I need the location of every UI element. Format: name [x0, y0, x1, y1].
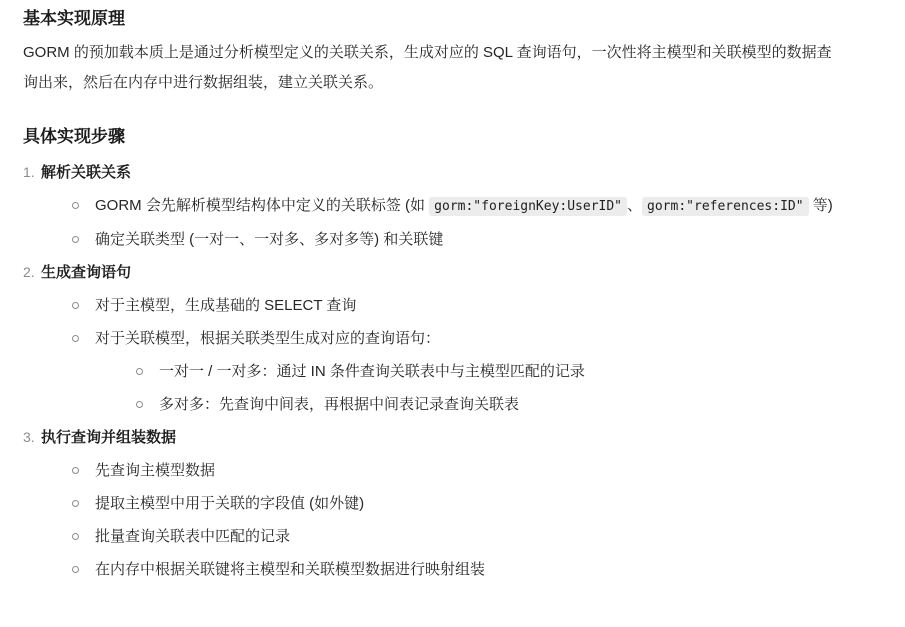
- step-item-3: 3. 执行查询并组装数据 先查询主模型数据 提取主模型中用于关联的字段值 (如外…: [23, 421, 835, 586]
- bullet-text: 多对多：先查询中间表，再根据中间表记录查询关联表: [159, 388, 835, 421]
- circle-bullet-icon: [72, 520, 95, 540]
- bullet-text-with-children: 对于关联模型，根据关联类型生成对应的查询语句： 一对一 / 一对多：通过 IN …: [95, 322, 835, 421]
- step-2-number: 2.: [23, 256, 41, 289]
- document-page: 基本实现原理 GORM 的预加载本质上是通过分析模型定义的关联关系，生成对应的 …: [0, 0, 905, 586]
- circle-bullet-icon: [136, 355, 159, 375]
- step-2-title: 生成查询语句: [41, 256, 835, 289]
- inline-code: gorm:"references:ID": [642, 197, 809, 216]
- bullet-text-segment: 、: [627, 197, 642, 214]
- step-3-bullet-list: 先查询主模型数据 提取主模型中用于关联的字段值 (如外键) 批量查询关联表中匹配…: [41, 454, 835, 586]
- bullet-text: 在内存中根据关联键将主模型和关联模型数据进行映射组装: [95, 553, 835, 586]
- step-1-body: 解析关联关系 GORM 会先解析模型结构体中定义的关联标签 (如 gorm:"f…: [41, 156, 835, 256]
- step-2-body: 生成查询语句 对于主模型，生成基础的 SELECT 查询 对于关联模型，根据关联…: [41, 256, 835, 421]
- step-1-bullet-list: GORM 会先解析模型结构体中定义的关联标签 (如 gorm:"foreignK…: [41, 189, 835, 256]
- step-3-title: 执行查询并组装数据: [41, 421, 835, 454]
- step-item-1: 1. 解析关联关系 GORM 会先解析模型结构体中定义的关联标签 (如 gorm…: [23, 156, 835, 256]
- circle-bullet-icon: [72, 454, 95, 474]
- step-1-title: 解析关联关系: [41, 156, 835, 189]
- section-heading-steps: 具体实现步骤: [23, 126, 835, 148]
- steps-ordered-list: 1. 解析关联关系 GORM 会先解析模型结构体中定义的关联标签 (如 gorm…: [23, 156, 835, 586]
- circle-bullet-icon: [136, 388, 159, 408]
- circle-bullet-icon: [72, 223, 95, 243]
- step-2-nested-bullet-list: 一对一 / 一对多：通过 IN 条件查询关联表中与主模型匹配的记录 多对多：先查…: [95, 355, 835, 421]
- circle-bullet-icon: [72, 487, 95, 507]
- bullet-item: 对于主模型，生成基础的 SELECT 查询: [72, 289, 835, 322]
- bullet-text: GORM 会先解析模型结构体中定义的关联标签 (如 gorm:"foreignK…: [95, 189, 835, 223]
- inline-code: gorm:"foreignKey:UserID": [429, 197, 627, 216]
- bullet-item: 确定关联类型 (一对一、一对多、多对多等) 和关联键: [72, 223, 835, 256]
- step-3-number: 3.: [23, 421, 41, 454]
- nested-bullet-item: 多对多：先查询中间表，再根据中间表记录查询关联表: [136, 388, 835, 421]
- bullet-item: 批量查询关联表中匹配的记录: [72, 520, 835, 553]
- bullet-item: 对于关联模型，根据关联类型生成对应的查询语句： 一对一 / 一对多：通过 IN …: [72, 322, 835, 421]
- circle-bullet-icon: [72, 553, 95, 573]
- bullet-text: 对于主模型，生成基础的 SELECT 查询: [95, 289, 835, 322]
- nested-bullet-item: 一对一 / 一对多：通过 IN 条件查询关联表中与主模型匹配的记录: [136, 355, 835, 388]
- step-2-bullet-list: 对于主模型，生成基础的 SELECT 查询 对于关联模型，根据关联类型生成对应的…: [41, 289, 835, 421]
- bullet-item: 先查询主模型数据: [72, 454, 835, 487]
- circle-bullet-icon: [72, 322, 95, 342]
- bullet-text: 先查询主模型数据: [95, 454, 835, 487]
- bullet-item: 在内存中根据关联键将主模型和关联模型数据进行映射组装: [72, 553, 835, 586]
- step-item-2: 2. 生成查询语句 对于主模型，生成基础的 SELECT 查询 对于关联模型，根…: [23, 256, 835, 421]
- circle-bullet-icon: [72, 189, 95, 209]
- bullet-item: 提取主模型中用于关联的字段值 (如外键): [72, 487, 835, 520]
- principle-paragraph: GORM 的预加载本质上是通过分析模型定义的关联关系，生成对应的 SQL 查询语…: [23, 38, 835, 98]
- bullet-text-segment: GORM 会先解析模型结构体中定义的关联标签 (如: [95, 197, 429, 214]
- section-heading-principle: 基本实现原理: [23, 8, 835, 30]
- circle-bullet-icon: [72, 289, 95, 309]
- step-3-body: 执行查询并组装数据 先查询主模型数据 提取主模型中用于关联的字段值 (如外键) …: [41, 421, 835, 586]
- bullet-text: 一对一 / 一对多：通过 IN 条件查询关联表中与主模型匹配的记录: [159, 355, 835, 388]
- bullet-text-segment: 等): [809, 197, 833, 214]
- bullet-text-segment: 对于关联模型，根据关联类型生成对应的查询语句：: [95, 330, 440, 347]
- bullet-text: 批量查询关联表中匹配的记录: [95, 520, 835, 553]
- step-1-number: 1.: [23, 156, 41, 189]
- bullet-text: 确定关联类型 (一对一、一对多、多对多等) 和关联键: [95, 223, 835, 256]
- bullet-item: GORM 会先解析模型结构体中定义的关联标签 (如 gorm:"foreignK…: [72, 189, 835, 223]
- bullet-text: 提取主模型中用于关联的字段值 (如外键): [95, 487, 835, 520]
